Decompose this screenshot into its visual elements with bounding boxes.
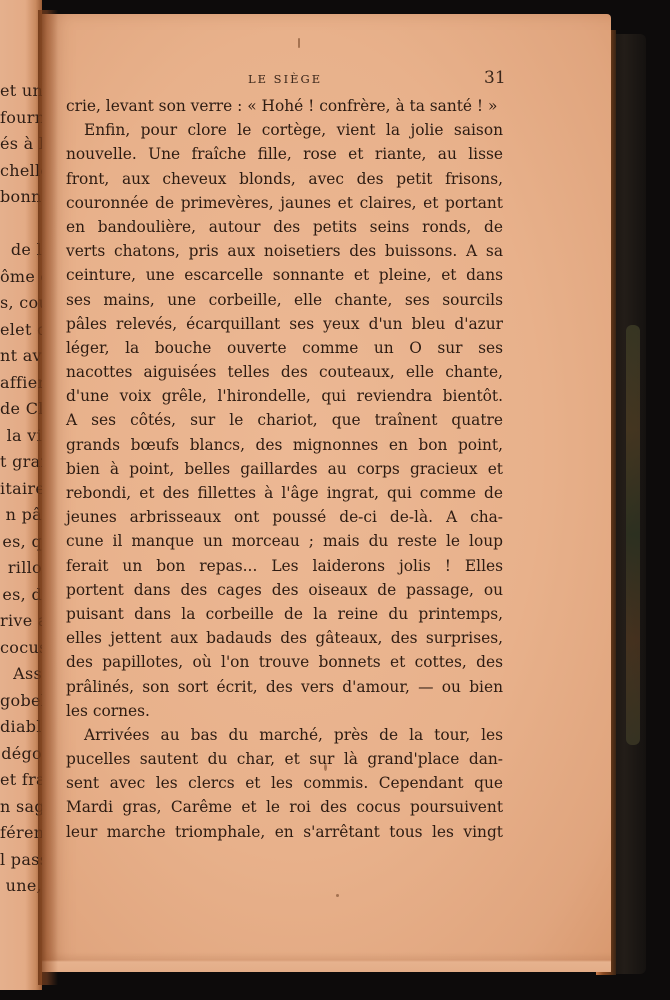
left-text-fragment: une, <box>0 873 42 900</box>
text-line: les cornes. <box>66 699 503 723</box>
left-text-fragment: elet d <box>0 317 42 344</box>
left-text-fragment: cocus <box>0 635 42 662</box>
text-line: sent avec les clercs et les commis. Cepe… <box>66 771 503 795</box>
text-line: en bandoulière, autour des petits seins … <box>66 215 503 239</box>
text-line: ferait un bon repas... Les laiderons jol… <box>66 554 503 578</box>
marbled-cover-strip <box>626 325 640 745</box>
left-text-fragment: dégo <box>0 741 42 768</box>
text-line: leur marche triomphale, en s'arrêtant to… <box>66 820 503 844</box>
left-text-fragment: fourn <box>0 105 42 132</box>
left-text-fragment: rillo <box>0 555 42 582</box>
left-text-fragment: de l <box>0 237 42 264</box>
left-page-text-fragments: et unfournés à lchellebonne de lôme ds, … <box>0 78 42 900</box>
left-text-fragment: itaires <box>0 476 42 503</box>
text-line: pucelles sautent du char, et sur là gran… <box>66 747 503 771</box>
text-line: couronnée de primevères, jaunes et clair… <box>66 191 503 215</box>
left-text-fragment: ôme d <box>0 264 42 291</box>
gutter-shadow <box>38 10 58 985</box>
left-text-fragment: féren <box>0 820 42 847</box>
left-text-fragment <box>0 211 42 238</box>
text-line: front, aux cheveux blonds, avec des peti… <box>66 167 503 191</box>
left-text-fragment: rive a <box>0 608 42 635</box>
text-line: léger, la bouche ouverte comme un O sur … <box>66 336 503 360</box>
text-line: puisant dans la corbeille de la reine du… <box>66 602 503 626</box>
running-head: LE SIÈGE 31 <box>36 70 611 92</box>
left-text-fragment: es, d <box>0 582 42 609</box>
left-text-fragment: és à l <box>0 131 42 158</box>
left-text-fragment: de Cl <box>0 396 42 423</box>
text-line: crie, levant son verre : « Hohé ! confrè… <box>66 94 503 118</box>
text-line: Mardi gras, Carême et le roi des cocus p… <box>66 795 503 819</box>
left-text-fragment: et fra <box>0 767 42 794</box>
text-line: verts chatons, pris aux noisetiers des b… <box>66 239 503 263</box>
text-line: bien à point, belles gaillardes au corps… <box>66 457 503 481</box>
page-body-text: crie, levant son verre : « Hohé ! confrè… <box>66 94 503 844</box>
left-text-fragment: nt ave <box>0 343 42 370</box>
text-line: d'une voix grêle, l'hirondelle, qui revi… <box>66 384 503 408</box>
text-line: ceinture, une escarcelle sonnante et ple… <box>66 263 503 287</box>
left-text-fragment: bonne <box>0 184 42 211</box>
left-text-fragment: Ass <box>0 661 42 688</box>
left-page-curled: et unfournés à lchellebonne de lôme ds, … <box>0 0 42 990</box>
text-line: elles jettent aux badauds des gâteaux, d… <box>66 626 503 650</box>
left-text-fragment: es, q <box>0 529 42 556</box>
text-line: des papillotes, où l'on trouve bonnets e… <box>66 650 503 674</box>
text-line: cune il manque un morceau ; mais du rest… <box>66 529 503 553</box>
left-text-fragment: affiers <box>0 370 42 397</box>
text-line: Arrivées au bas du marché, près de la to… <box>66 723 503 747</box>
left-text-fragment: n sag <box>0 794 42 821</box>
text-line: ses mains, une corbeille, elle chante, s… <box>66 288 503 312</box>
text-line: prâlinés, son sort écrit, des vers d'amo… <box>66 675 503 699</box>
text-line: rebondi, et des fillettes à l'âge ingrat… <box>66 481 503 505</box>
text-line: nouvelle. Une fraîche fille, rose et ria… <box>66 142 503 166</box>
paper-speck <box>336 894 339 897</box>
left-text-fragment: diable <box>0 714 42 741</box>
left-text-fragment: gobel <box>0 688 42 715</box>
text-line: A ses côtés, sur le chariot, que traînen… <box>66 408 503 432</box>
text-line: Enfin, pour clore le cortège, vient la j… <box>66 118 503 142</box>
book-photo: et unfournés à lchellebonne de lôme ds, … <box>0 0 670 1000</box>
left-text-fragment: l pass <box>0 847 42 874</box>
text-line: grands bœufs blancs, des mignonnes en bo… <box>66 433 503 457</box>
left-text-fragment: t gran <box>0 449 42 476</box>
text-line: pâles relevés, écarquillant ses yeux d'u… <box>66 312 503 336</box>
left-text-fragment: chelle <box>0 158 42 185</box>
left-text-fragment: la vi <box>0 423 42 450</box>
running-title: LE SIÈGE <box>248 72 322 86</box>
text-line: jeunes arbrisseaux ont poussé de-ci de-l… <box>66 505 503 529</box>
text-line: portent dans des cages des oiseaux de pa… <box>66 578 503 602</box>
text-line: nacottes aiguisées telles des couteaux, … <box>66 360 503 384</box>
left-text-fragment: n pâ <box>0 502 42 529</box>
page-bottom-deckle <box>36 952 611 972</box>
page-number: 31 <box>484 68 506 88</box>
left-text-fragment: s, cou <box>0 290 42 317</box>
paper-speck <box>298 38 300 48</box>
